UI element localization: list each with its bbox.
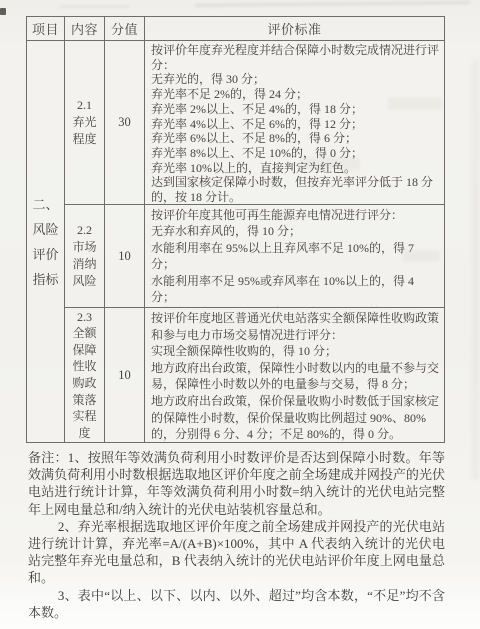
- criteria-line: 水能利用率不足 95%或弃风率在 10%以上的，得 4 分；: [151, 273, 440, 306]
- evaluation-criteria-table: 项目 内容 分值 评价标准 二、 风险 评价 指标 2.1 弃光 程度 30 按…: [26, 16, 445, 443]
- criteria-line: 弃光率不足 2%的，得 24 分；: [151, 87, 440, 102]
- criteria-line: 弃光率 8%以上、不足 10%的，得 0 分；: [151, 146, 440, 161]
- criteria-line: 地方政府出台政策，保障性小时数以内的电量不参与交易，保障性小时数以外的电量参与交…: [151, 360, 440, 393]
- score-cell-2-3: 10: [104, 307, 144, 442]
- criteria-line: 弃光率 6%以上、不足 8%的，得 6 分；: [151, 131, 440, 146]
- criteria-line: 按评价年度其他可再生能源弃电情况进行评分：: [151, 207, 440, 223]
- score-cell-2-1: 30: [104, 40, 144, 204]
- content-cell-2-1: 2.1 弃光 程度: [64, 40, 104, 204]
- criteria-line: 弃光率 4%以上、不足 6%的，得 12 分；: [151, 117, 440, 132]
- criteria-line: 达到国家核定保障小时数，但按弃光率评分低于 18 分的，按 18 分计。: [151, 175, 440, 204]
- col-header-criteria: 评价标准: [144, 17, 444, 40]
- scan-artifact-streak: [195, 1, 470, 8]
- criteria-line: 无弃水和弃风的，得 10 分；: [151, 223, 440, 239]
- category-cell-risk-indicators: 二、 风险 评价 指标: [27, 40, 64, 442]
- criteria-line: 弃光率 10%以上的，直接判定为红色。: [151, 161, 440, 176]
- scan-artifact-streak: [60, 5, 130, 8]
- col-header-project: 项目: [27, 17, 64, 40]
- notes-section: 备注：1、按照年等效满负荷利用小时数评价是否达到保障小时数。年等效满负荷利用小时…: [28, 449, 445, 621]
- col-header-score: 分值: [104, 17, 144, 40]
- scan-artifact-band: [472, 60, 479, 480]
- criteria-line: 水能利用率在 95%以上且弃风率不足 10%的，得 7 分；: [151, 240, 440, 273]
- criteria-line: 实现全额保障性收购的，得 10 分；: [151, 343, 440, 360]
- content-cell-2-2: 2.2 市场 消纳 风险: [64, 204, 104, 307]
- note-2: 2、弃光率根据选取地区评价年度之前全场建成并网投产的光伏电站进行统计计算，弃光率…: [28, 518, 445, 587]
- criteria-cell-2-2: 按评价年度其他可再生能源弃电情况进行评分： 无弃水和弃风的，得 10 分； 水能…: [144, 204, 444, 307]
- col-header-content: 内容: [64, 17, 104, 40]
- criteria-line: 弃光率 2%以上、不足 4%的，得 18 分；: [151, 102, 440, 117]
- criteria-line: 按评价年度弃光程度并结合保障小时数完成情况进行评分：: [151, 43, 440, 72]
- note-1: 备注：1、按照年等效满负荷利用小时数评价是否达到保障小时数。年等效满负荷利用小时…: [28, 449, 445, 518]
- scan-artifact-mark: [0, 8, 6, 15]
- scanned-document-page: 项目 内容 分值 评价标准 二、 风险 评价 指标 2.1 弃光 程度 30 按…: [0, 0, 480, 629]
- criteria-line: 按评价年度地区普通光伏电站落实全额保障性收购政策和参与电力市场交易情况进行评分：: [151, 310, 440, 343]
- criteria-cell-2-3: 按评价年度地区普通光伏电站落实全额保障性收购政策和参与电力市场交易情况进行评分：…: [144, 307, 444, 442]
- note-3: 3、表中“以上、以下、以内、以外、超过”均含本数，“不足”均不含本数。: [28, 587, 445, 621]
- content-cell-2-3: 2.3 全额 保障 性收 购政 策落 实程 度: [64, 307, 104, 442]
- criteria-cell-2-1: 按评价年度弃光程度并结合保障小时数完成情况进行评分： 无弃光的，得 30 分； …: [144, 40, 444, 204]
- criteria-line: 水能利用率不足 95%且弃风率在 10%以上的，得 0 分；: [151, 305, 440, 307]
- criteria-line: 无弃光的，得 30 分；: [151, 72, 440, 87]
- criteria-line: 地方政府出台政策，保价保量收购小时数低于国家核定的保障性小时数，保价保量收购比例…: [151, 393, 440, 442]
- score-cell-2-2: 10: [104, 204, 144, 307]
